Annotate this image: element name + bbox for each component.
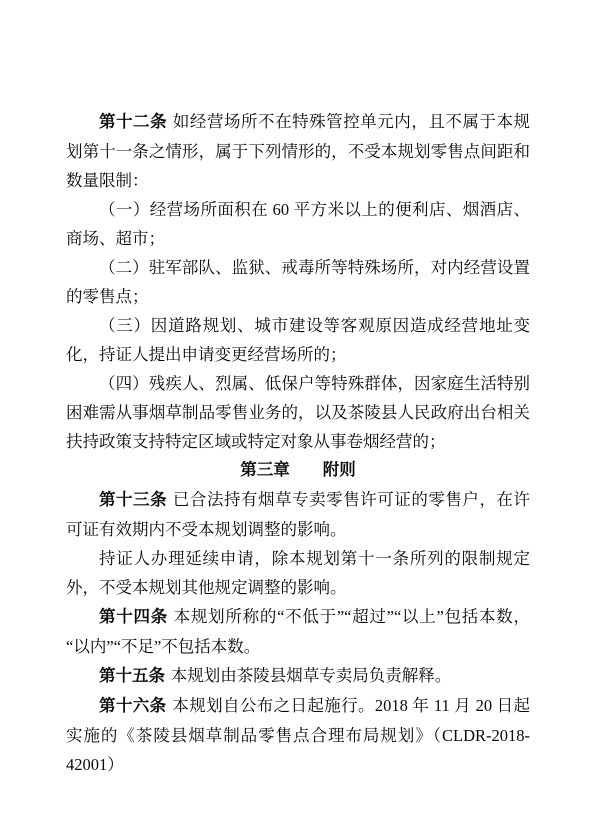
paragraph: （二）驻军部队、监狱、戒毒所等特殊场所，对内经营设置的零售点； — [66, 253, 530, 311]
paragraph: （四）残疾人、烈属、低保户等特殊群体，因家庭生活特别困难需从事烟草制品零售业务的… — [66, 369, 530, 456]
paragraph: 第十五条本规划由茶陵县烟草专卖局负责解释。 — [66, 661, 530, 691]
article-number: 第十三条 — [99, 491, 167, 509]
paragraph: 第十三条已合法持有烟草专卖零售许可证的零售户，在许可证有效期内不受本规划调整的影… — [66, 485, 530, 544]
article-number: 第十五条 — [99, 667, 165, 685]
paragraph: 第十四条本规划所称的“不低于”“超过”“以上”包括本数，“以内”“不足”不包括本… — [66, 602, 530, 661]
document-page: 第十二条如经营场所不在特殊管控单元内，且不属于本规划第十一条之情形，属于下列情形… — [0, 0, 591, 837]
article-number: 第十六条 — [99, 697, 167, 715]
paragraph: 第十二条如经营场所不在特殊管控单元内，且不属于本规划第十一条之情形，属于下列情形… — [66, 107, 530, 195]
paragraph: 第十六条本规划自公布之日起施行。2018 年 11 月 20 日起实施的《茶陵县… — [66, 691, 530, 779]
article-number: 第十四条 — [99, 608, 168, 626]
chapter-heading: 第三章 附则 — [66, 456, 530, 485]
paragraph: （一）经营场所面积在 60 平方米以上的便利店、烟酒店、商场、超市； — [66, 195, 530, 253]
paragraph: （三）因道路规划、城市建设等客观原因造成经营地址变化，持证人提出申请变更经营场所… — [66, 311, 530, 369]
document-body: 第十二条如经营场所不在特殊管控单元内，且不属于本规划第十一条之情形，属于下列情形… — [66, 107, 530, 779]
paragraph: 持证人办理延续申请，除本规划第十一条所列的限制规定外，不受本规划其他规定调整的影… — [66, 544, 530, 602]
article-number: 第十二条 — [99, 113, 167, 131]
